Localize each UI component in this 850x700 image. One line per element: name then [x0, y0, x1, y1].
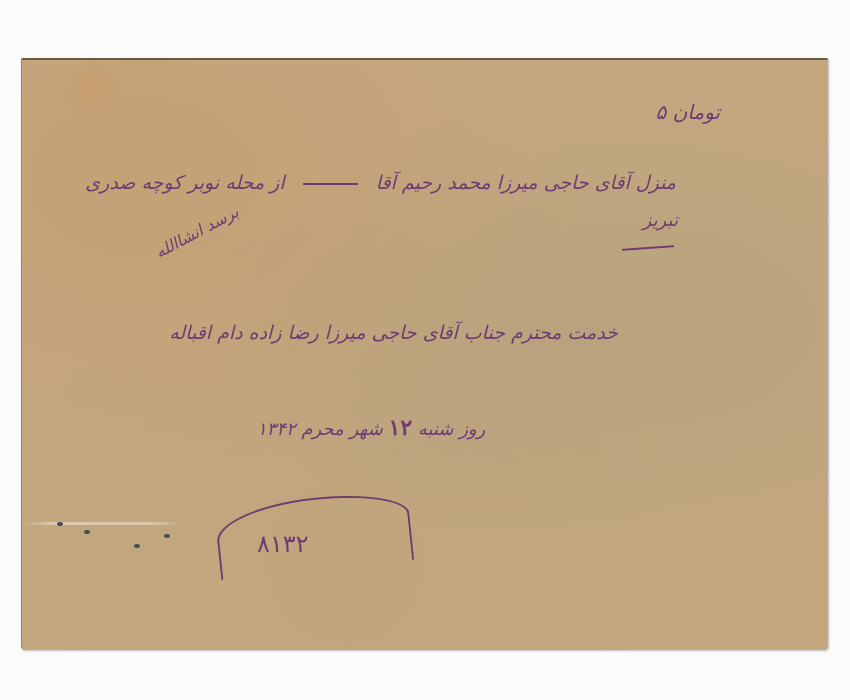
reference-number: ۸۱۳۲: [257, 530, 309, 558]
city-underline: [622, 245, 674, 251]
stain: [62, 60, 122, 120]
side-note: برسد انشاالله: [152, 202, 242, 262]
paper-hole: [164, 534, 170, 538]
paper-hole: [57, 522, 63, 526]
address-line: منزل آقای حاجی میرزا محمد رحیم آقا از مح…: [85, 172, 676, 194]
city-label: تبریز: [643, 210, 678, 231]
amount-note: تومان ۵: [656, 100, 721, 124]
paper-hole: [84, 530, 90, 534]
envelope: تومان ۵ منزل آقای حاجی میرزا محمد رحیم آ…: [21, 58, 828, 650]
address-district: از محله نوبر کوچه صدری: [85, 172, 284, 194]
date-line: روز شنبه ۱۲ شهر محرم ۱۳۴۲: [257, 415, 485, 441]
number-arc: [214, 488, 414, 580]
date-month-year: شهر محرم ۱۳۴۲: [257, 419, 383, 440]
address-recipient: منزل آقای حاجی میرزا محمد رحیم آقا: [376, 172, 676, 194]
paper-crease: [22, 522, 182, 525]
recipient-line: خدمت محترم جناب آقای حاجی میرزا رضا زاده…: [169, 322, 618, 344]
date-day: ۱۲: [389, 415, 413, 441]
paper-hole: [134, 544, 140, 548]
dash-separator: [303, 183, 358, 185]
date-prefix: روز شنبه: [418, 419, 485, 440]
